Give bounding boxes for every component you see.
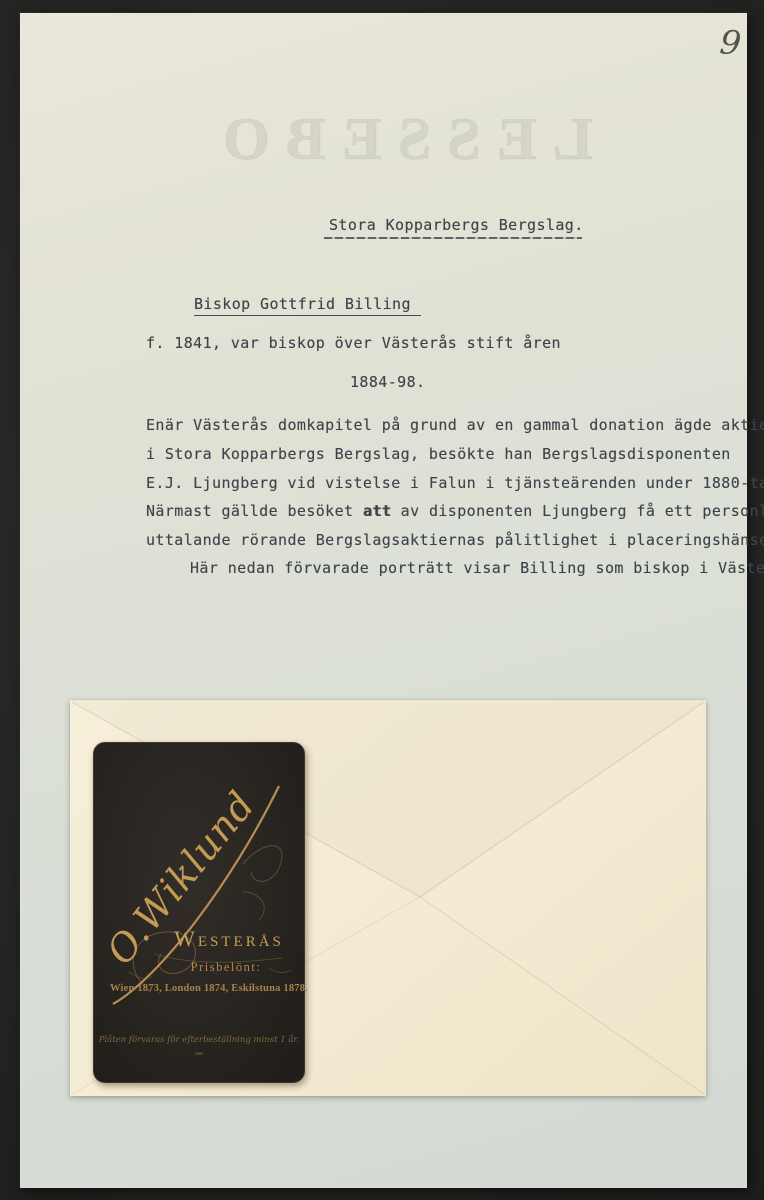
section-heading: Biskop Gottfrid Billing [194,295,421,313]
paragraph-line: uttalande rörande Bergslagsaktiernas pål… [146,531,764,549]
paragraph-line-emphasis: att [363,502,391,520]
photo-backdrop: LESSEBO 9 Stora Kopparbergs Bergslag. Bi… [0,0,764,1200]
section-heading-text: Biskop Gottfrid Billing [194,295,421,316]
handwritten-page-number: 9 [718,22,743,63]
award-label: Prisbelönt: [146,960,306,975]
photo-card-back: O.Wiklund WESTERÅS Prisbelönt: Wien 1873… [93,742,305,1083]
paragraph-line-segment: Närmast gällde besöket [146,502,363,520]
title-underline [324,237,582,239]
paragraph-line: i Stora Kopparbergs Bergslag, besökte ha… [146,445,731,463]
document-page: LESSEBO 9 Stora Kopparbergs Bergslag. Bi… [20,13,747,1188]
years-line: 1884-98. [350,373,425,391]
birth-line: f. 1841, var biskop över Västerås stift … [146,334,561,352]
studio-city: WESTERÅS [149,926,309,952]
paragraph-line: Här nedan förvarade porträtt visar Billi… [190,559,764,577]
document-title: Stora Kopparbergs Bergslag. [329,216,584,234]
paragraph-line: Närmast gällde besöket att av disponente… [146,502,764,520]
paragraph-line: Enär Västerås domkapitel på grund av en … [146,416,764,434]
tiny-imprint-mark [195,1052,203,1055]
bleed-through-text: LESSEBO [140,105,660,174]
paragraph-line-segment: av disponenten Ljungberg få ett personli… [391,502,764,520]
award-years: Wien 1873, London 1874, Eskilstuna 1878. [99,983,319,994]
plate-retention-note: Plåten förvaras för efterbeställning min… [95,1035,303,1045]
paragraph-line: E.J. Ljungberg vid vistelse i Falun i tj… [146,474,764,492]
